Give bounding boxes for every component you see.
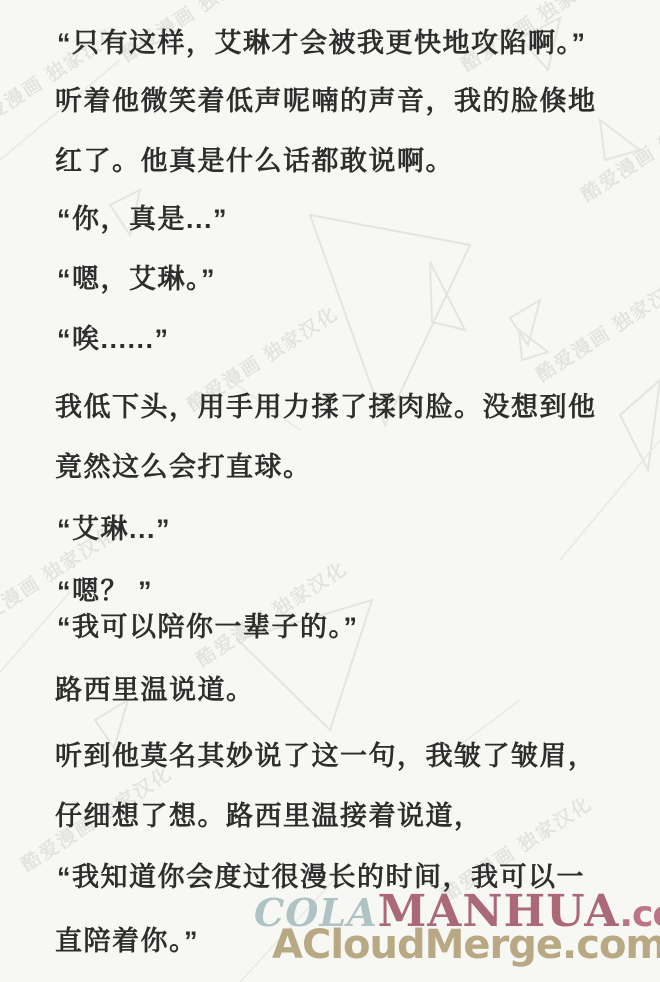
novel-text-line: 听到他莫名其妙说了这一句，我皱了皱眉， [55,740,597,772]
novel-text-line: 竟然这么会打直球。 [55,451,312,483]
novel-text-line: 仔细想了想。路西里温接着说道， [55,800,483,832]
novel-text-line: 红了。他真是什么话都敢说啊。 [55,145,454,177]
novel-text-line: 我低下头，用手用力揉了揉肉脸。没想到他 [55,391,597,423]
novel-text-line: 直陪着你。” [55,925,199,957]
novel-text-line: “嗯，艾琳。” [57,263,216,295]
novel-text-line: “艾琳...” [57,513,171,545]
novel-text-line: “我可以陪你一辈子的。” [57,611,359,643]
watermark-tile-text: 酷爱漫画 独家汉化 [530,269,660,387]
novel-text-page[interactable]: 酷爱漫画 独家汉化 酷爱漫画 独家汉化 酷爱漫画 独家汉化 酷爱漫画 独家汉化 … [0,0,660,982]
novel-text-line: “唉......” [57,323,170,355]
novel-text-line: “你，真是...” [57,203,228,235]
novel-text-line: “只有这样，艾琳才会被我更快地攻陷啊。” [57,27,587,59]
novel-text-line: “嗯？ ” [57,575,153,607]
novel-text-line: 路西里温说道。 [55,674,255,706]
watermark-acloudmerge-text: ACloudMerge.com [272,922,660,968]
novel-text-line: 听着他微笑着低声呢喃的声音，我的脸倏地 [55,85,597,117]
